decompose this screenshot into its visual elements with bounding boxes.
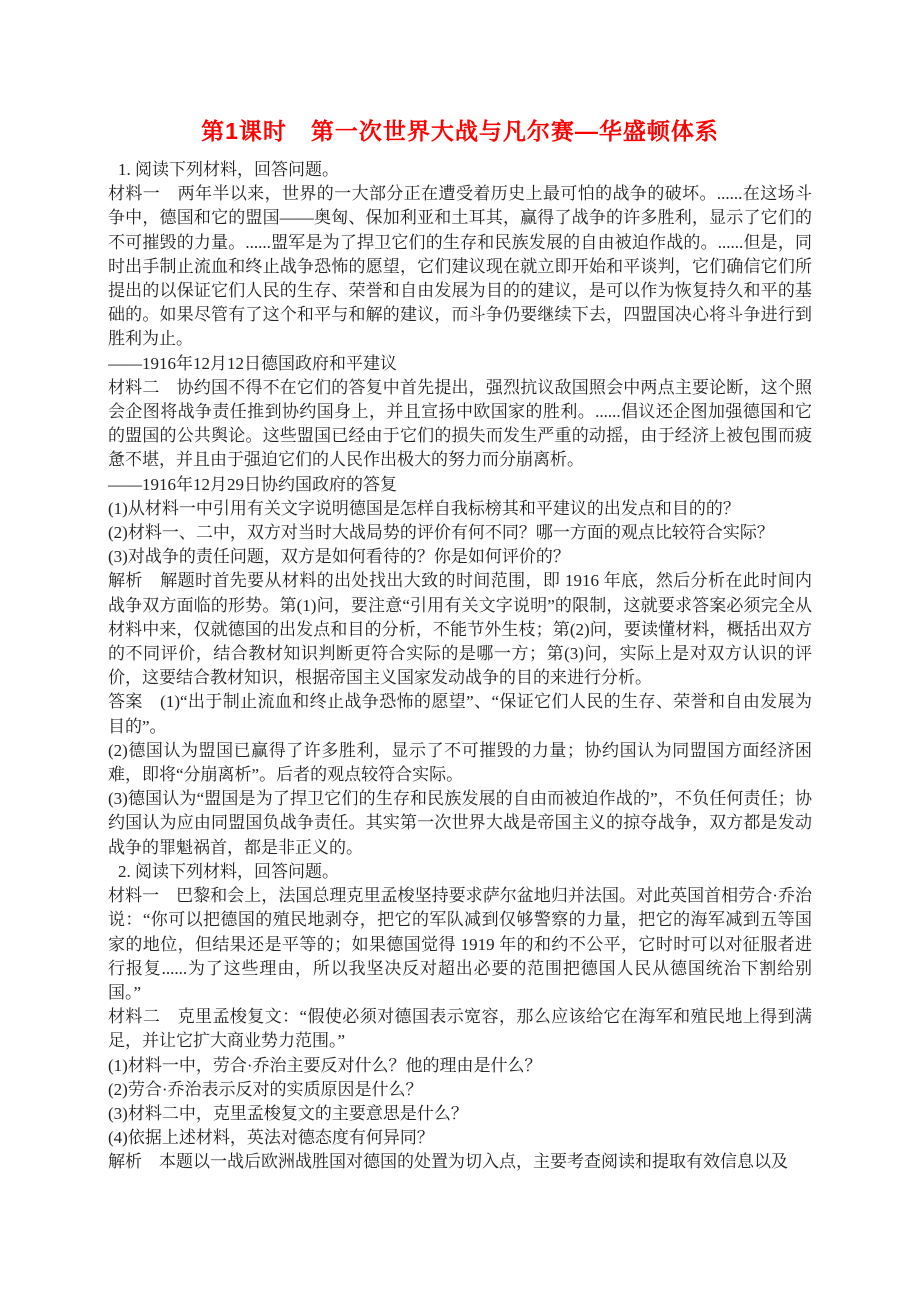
- q2-material-1: 材料一 巴黎和会上，法国总理克里孟梭坚持要求萨尔盆地归并法国。对此英国首相劳合·…: [108, 884, 812, 1005]
- q2-intro: 2. 阅读下列材料，回答问题。: [108, 860, 812, 884]
- page-title: 第1课时 第一次世界大战与凡尔赛—华盛顿体系: [0, 116, 920, 146]
- q1-subquestion-2: (2)材料一、二中，双方对当时大战局势的评价有何不同？哪一方面的观点比较符合实际…: [108, 521, 812, 545]
- q2-analysis: 解析 本题以一战后欧洲战胜国对德国的处置为切入点，主要考查阅读和提取有效信息以及: [108, 1150, 812, 1174]
- q1-subquestion-1: (1)从材料一中引用有关文字说明德国是怎样自我标榜其和平建议的出发点和目的的？: [108, 497, 812, 521]
- q1-material-2: 材料二 协约国不得不在它们的答复中首先提出，强烈抗议敌国照会中两点主要论断，这个…: [108, 376, 812, 473]
- q1-material-1: 材料一 两年半以来，世界的一大部分正在遭受着历史上最可怕的战争的破坏。.....…: [108, 182, 812, 351]
- q2-subquestion-2: (2)劳合·乔治表示反对的实质原因是什么？: [108, 1078, 812, 1102]
- q1-intro: 1. 阅读下列材料，回答问题。: [108, 158, 812, 182]
- q1-material-2-source: ——1916年12月29日协约国政府的答复: [108, 473, 812, 497]
- q2-subquestion-1: (1)材料一中，劳合·乔治主要反对什么？他的理由是什么？: [108, 1054, 812, 1078]
- q1-answer-1: 答案 (1)“出于制止流血和终止战争恐怖的愿望”、“保证它们人民的生存、荣誉和自…: [108, 690, 812, 738]
- q1-answer-3: (3)德国认为“盟国是为了捍卫它们的生存和民族发展的自由而被迫作战的”，不负任何…: [108, 787, 812, 860]
- q2-subquestion-3: (3)材料二中，克里孟梭复文的主要意思是什么？: [108, 1102, 812, 1126]
- q1-material-1-source: ——1916年12月12日德国政府和平建议: [108, 352, 812, 376]
- q1-subquestion-3: (3)对战争的责任问题，双方是如何看待的？你是如何评价的？: [108, 545, 812, 569]
- document-body: 1. 阅读下列材料，回答问题。 材料一 两年半以来，世界的一大部分正在遭受着历史…: [108, 158, 812, 1175]
- document-page: 第1课时 第一次世界大战与凡尔赛—华盛顿体系 1. 阅读下列材料，回答问题。 材…: [0, 0, 920, 1302]
- q2-material-2: 材料二 克里孟梭复文：“假使必须对德国表示宽容，那么应该给它在海军和殖民地上得到…: [108, 1005, 812, 1053]
- q1-analysis: 解析 解题时首先要从材料的出处找出大致的时间范围，即 1916 年底，然后分析在…: [108, 569, 812, 690]
- q1-answer-2: (2)德国认为盟国已赢得了许多胜利，显示了不可摧毁的力量；协约国认为同盟国方面经…: [108, 739, 812, 787]
- q2-subquestion-4: (4)依据上述材料，英法对德态度有何异同？: [108, 1126, 812, 1150]
